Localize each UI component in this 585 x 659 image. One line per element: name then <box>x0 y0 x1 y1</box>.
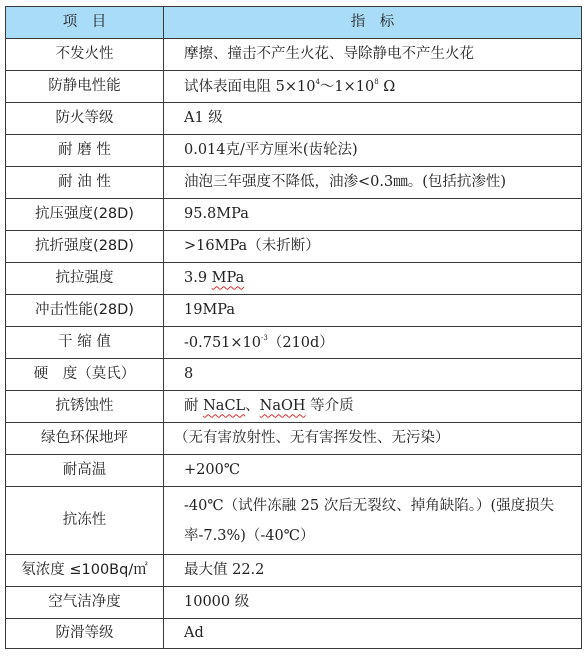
row-item: 绿色环保地坪 <box>6 423 164 455</box>
table-row: 抗冻性 -40℃（试件冻融 25 次后无裂纹、掉角缺陷。）(强度损失率-7.3%… <box>6 487 582 555</box>
row-item: 耐高温 <box>6 455 164 487</box>
row-item: 抗锈蚀性 <box>6 391 164 423</box>
table-row: 硬 度（莫氏） 8 <box>6 359 582 391</box>
row-item: 硬 度（莫氏） <box>6 359 164 391</box>
row-value: 油泡三年强度不降低，油渗<0.3㎜。(包括抗渗性) <box>164 167 582 199</box>
table-row: 防静电性能 试体表面电阻 5×104～1×108 Ω <box>6 71 582 103</box>
row-value: -40℃（试件冻融 25 次后无裂纹、掉角缺陷。）(强度损失率-7.3%)（-4… <box>164 487 582 555</box>
table-row: 空气洁净度 10000 级 <box>6 587 582 619</box>
row-item: 抗折强度(28D) <box>6 231 164 263</box>
row-value: （无有害放射性、无有害挥发性、无污染） <box>164 423 582 455</box>
value-text: 耐 <box>184 398 203 414</box>
row-value: 最大值 22.2 <box>164 555 582 587</box>
row-item: 不发火性 <box>6 39 164 71</box>
row-value: 0.014克/平方厘米(齿轮法) <box>164 135 582 167</box>
table-row: 抗拉强度 3.9 MPa <box>6 263 582 295</box>
row-value: 试体表面电阻 5×104～1×108 Ω <box>164 71 582 103</box>
row-item: 冲击性能(28D) <box>6 295 164 327</box>
value-text: （210d） <box>268 335 334 351</box>
table-row: 抗锈蚀性 耐 NaCL、NaOH 等介质 <box>6 391 582 423</box>
table-row: 防火等级 A1 级 <box>6 103 582 135</box>
row-item: 防滑等级 <box>6 619 164 649</box>
row-value: Ad <box>164 619 582 649</box>
row-item: 空气洁净度 <box>6 587 164 619</box>
row-item: 耐 磨 性 <box>6 135 164 167</box>
row-item: 氡浓度 ≤100Bq/㎡ <box>6 555 164 587</box>
row-value: +200℃ <box>164 455 582 487</box>
spellcheck-underlined-text: NaOH <box>260 398 306 414</box>
row-value: -0.751×10-3（210d） <box>164 327 582 359</box>
table-row: 抗压强度(28D) 95.8MPa <box>6 199 582 231</box>
row-value: 10000 级 <box>164 587 582 619</box>
value-text: -0.751×10 <box>184 335 261 351</box>
row-item: 抗压强度(28D) <box>6 199 164 231</box>
table-row: 耐高温 +200℃ <box>6 455 582 487</box>
row-value: >16MPa（未折断） <box>164 231 582 263</box>
value-text: 等介质 <box>306 398 354 414</box>
row-value: 19MPa <box>164 295 582 327</box>
value-text: 、 <box>245 398 260 414</box>
value-text: 3.9 <box>184 270 212 286</box>
spec-table: 项 目 指 标 不发火性 摩擦、撞击不产生火花、导除静电不产生火花 防静电性能 … <box>5 6 582 649</box>
value-text: ～1×10 <box>320 79 374 95</box>
row-item: 抗冻性 <box>6 487 164 555</box>
table-header-row: 项 目 指 标 <box>6 7 582 39</box>
row-item: 耐 油 性 <box>6 167 164 199</box>
table-row: 防滑等级 Ad <box>6 619 582 649</box>
row-value: A1 级 <box>164 103 582 135</box>
table-row: 干 缩 值 -0.751×10-3（210d） <box>6 327 582 359</box>
table-row: 不发火性 摩擦、撞击不产生火花、导除静电不产生火花 <box>6 39 582 71</box>
table-row: 耐 磨 性 0.014克/平方厘米(齿轮法) <box>6 135 582 167</box>
table-row: 冲击性能(28D) 19MPa <box>6 295 582 327</box>
spellcheck-underlined-text: NaCL <box>203 398 245 414</box>
value-text: 试体表面电阻 5×10 <box>184 79 315 95</box>
row-value: 8 <box>164 359 582 391</box>
row-item: 防火等级 <box>6 103 164 135</box>
table-row: 绿色环保地坪 （无有害放射性、无有害挥发性、无污染） <box>6 423 582 455</box>
row-value: 摩擦、撞击不产生火花、导除静电不产生火花 <box>164 39 582 71</box>
header-value: 指 标 <box>164 7 582 39</box>
row-value: 3.9 MPa <box>164 263 582 295</box>
value-text: Ω <box>379 79 396 95</box>
row-item: 干 缩 值 <box>6 327 164 359</box>
row-item: 防静电性能 <box>6 71 164 103</box>
exponent: -3 <box>261 334 268 342</box>
spellcheck-underlined-text: MPa <box>212 270 245 286</box>
table-row: 耐 油 性 油泡三年强度不降低，油渗<0.3㎜。(包括抗渗性) <box>6 167 582 199</box>
row-value: 95.8MPa <box>164 199 582 231</box>
table-row: 抗折强度(28D) >16MPa（未折断） <box>6 231 582 263</box>
row-item: 抗拉强度 <box>6 263 164 295</box>
row-value: 耐 NaCL、NaOH 等介质 <box>164 391 582 423</box>
table-row: 氡浓度 ≤100Bq/㎡ 最大值 22.2 <box>6 555 582 587</box>
header-item: 项 目 <box>6 7 164 39</box>
